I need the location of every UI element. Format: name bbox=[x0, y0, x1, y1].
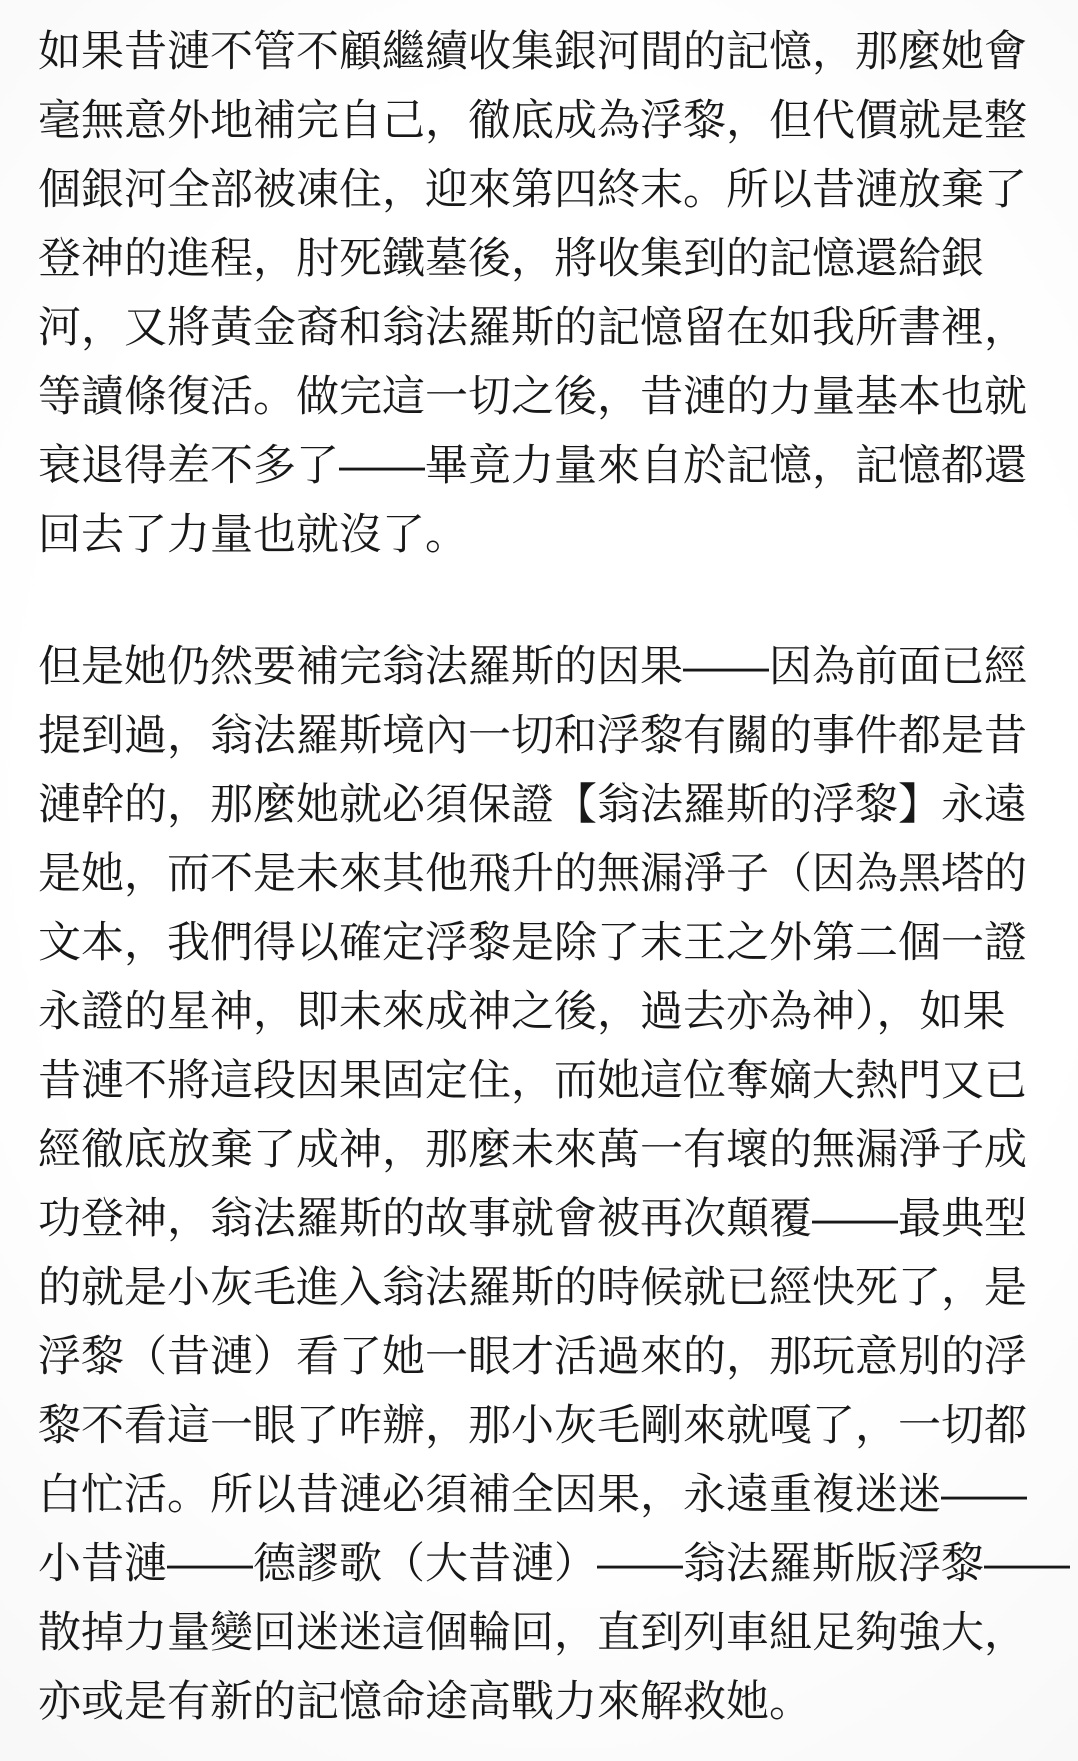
text-line: 漣幹的，那麼她就必須保證【翁法羅斯的浮黎】永遠 bbox=[38, 771, 1078, 840]
text-line: 的就是小灰毛進入翁法羅斯的時候就已經快死了，是 bbox=[38, 1254, 1078, 1323]
text-line: 毫無意外地補完自己，徹底成為浮黎，但代價就是整 bbox=[38, 87, 1078, 156]
text-line: 浮黎（昔漣）看了她一眼才活過來的，那玩意別的浮 bbox=[38, 1323, 1078, 1392]
text-line: 回去了力量也就沒了。 bbox=[38, 501, 1078, 570]
text-line: 文本，我們得以確定浮黎是除了末王之外第二個一證 bbox=[38, 909, 1078, 978]
document-page: 如果昔漣不管不顧繼續收集銀河間的記憶，那麼她會 毫無意外地補完自己，徹底成為浮黎… bbox=[0, 0, 1078, 1761]
text-line: 散掉力量變回迷迷這個輪回，直到列車組足夠強大， bbox=[38, 1599, 1078, 1668]
text-line: 河，又將黃金裔和翁法羅斯的記憶留在如我所書裡， bbox=[38, 294, 1078, 363]
paragraph-2: 但是她仍然要補完翁法羅斯的因果——因為前面已經 提到過，翁法羅斯境內一切和浮黎有… bbox=[38, 633, 1078, 1737]
text-line: 等讀條復活。做完這一切之後，昔漣的力量基本也就 bbox=[38, 363, 1078, 432]
text-line: 個銀河全部被凍住，迎來第四終末。所以昔漣放棄了 bbox=[38, 156, 1078, 225]
text-line: 亦或是有新的記憶命途高戰力來解救她。 bbox=[38, 1668, 1078, 1737]
paragraph-1: 如果昔漣不管不顧繼續收集銀河間的記憶，那麼她會 毫無意外地補完自己，徹底成為浮黎… bbox=[38, 18, 1078, 570]
text-line: 登神的進程，肘死鐵墓後，將收集到的記憶還給銀 bbox=[38, 225, 1078, 294]
text-line: 如果昔漣不管不顧繼續收集銀河間的記憶，那麼她會 bbox=[38, 18, 1078, 87]
text-line: 提到過，翁法羅斯境內一切和浮黎有關的事件都是昔 bbox=[38, 702, 1078, 771]
text-line: 永證的星神，即未來成神之後，過去亦為神），如果 bbox=[38, 978, 1078, 1047]
text-line: 昔漣不將這段因果固定住，而她這位奪嫡大熱門又已 bbox=[38, 1047, 1078, 1116]
text-line: 但是她仍然要補完翁法羅斯的因果——因為前面已經 bbox=[38, 633, 1078, 702]
text-line: 小昔漣——德謬歌（大昔漣）——翁法羅斯版浮黎—— bbox=[38, 1530, 1078, 1599]
text-line: 白忙活。所以昔漣必須補全因果，永遠重複迷迷—— bbox=[38, 1461, 1078, 1530]
text-line: 黎不看這一眼了咋辦，那小灰毛剛來就嘎了，一切都 bbox=[38, 1392, 1078, 1461]
text-line: 功登神，翁法羅斯的故事就會被再次顛覆——最典型 bbox=[38, 1185, 1078, 1254]
text-line: 衰退得差不多了——畢竟力量來自於記憶，記憶都還 bbox=[38, 432, 1078, 501]
text-line: 經徹底放棄了成神，那麼未來萬一有壞的無漏淨子成 bbox=[38, 1116, 1078, 1185]
text-line: 是她，而不是未來其他飛升的無漏淨子（因為黑塔的 bbox=[38, 840, 1078, 909]
